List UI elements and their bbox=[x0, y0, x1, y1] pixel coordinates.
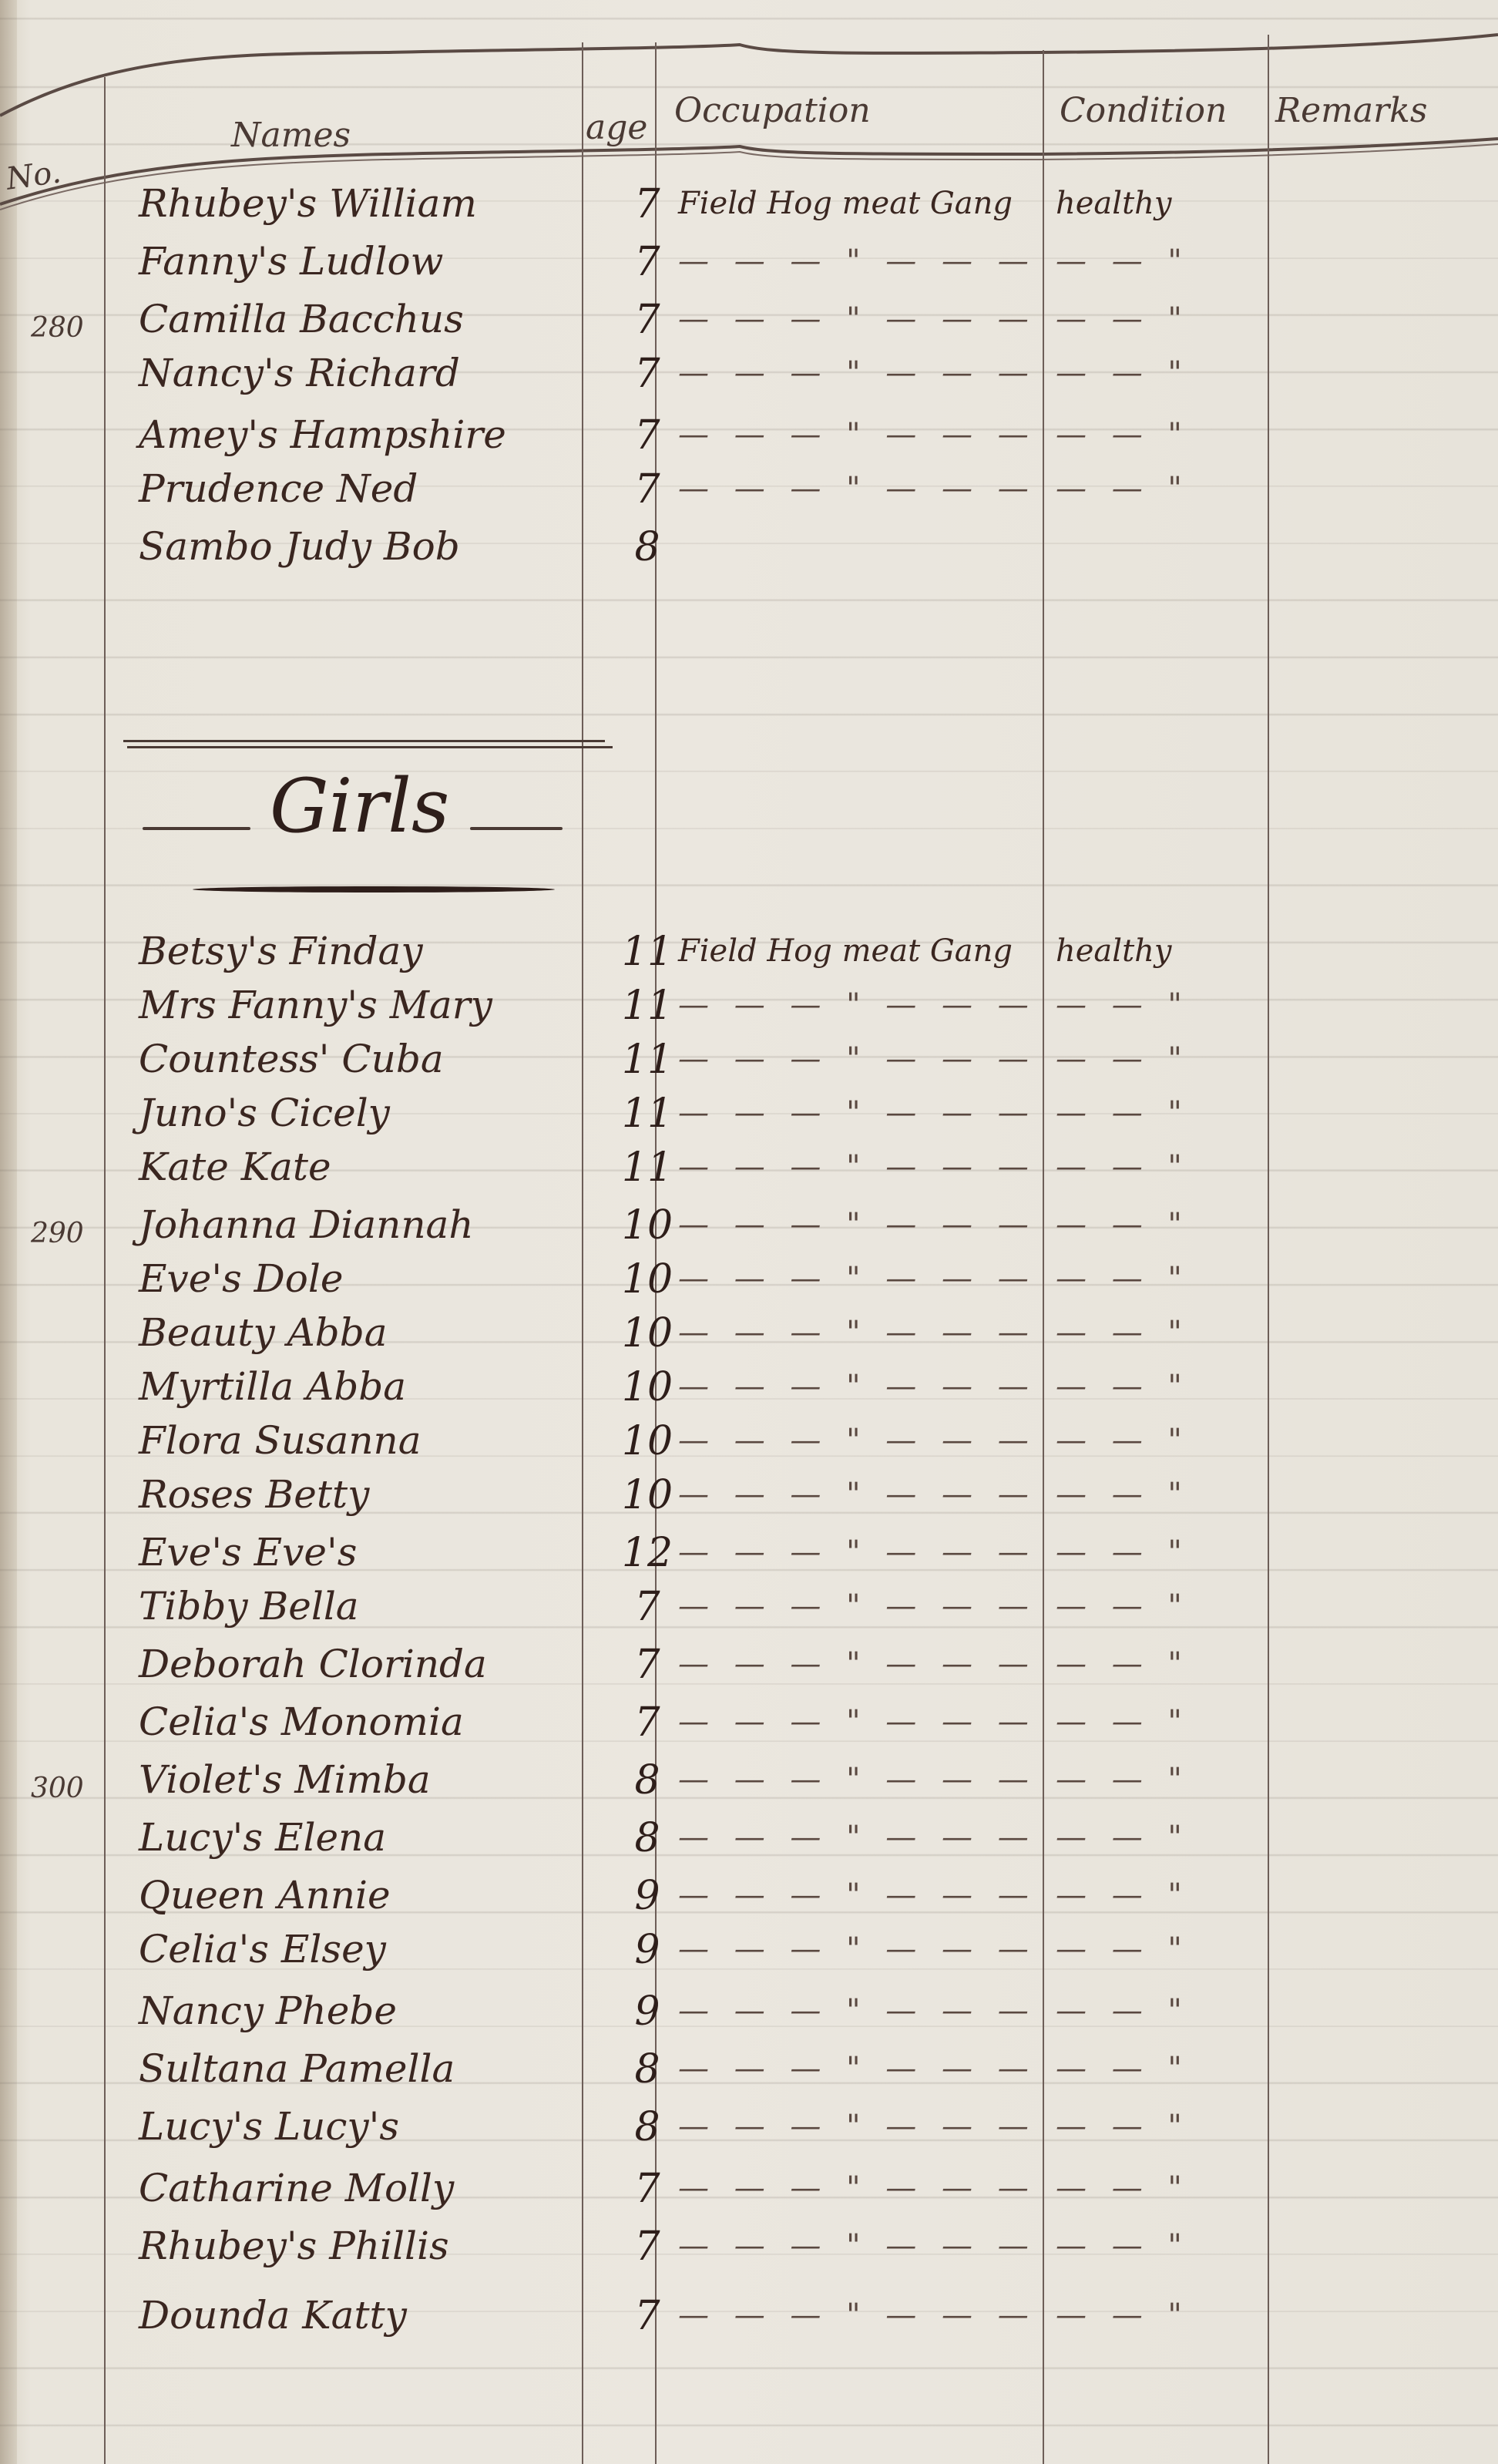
section-title-girls: Girls bbox=[270, 763, 449, 849]
entry-name: Nancy's Richard bbox=[139, 351, 601, 395]
entry-condition: — — " bbox=[1056, 355, 1287, 391]
table-row: Rhubey's Phillis 7 — — — " — — — — — " bbox=[0, 2224, 1498, 2279]
entry-occupation: — — — " — — — bbox=[678, 1315, 1040, 1350]
table-row: 290 Johanna Diannah 10 — — — " — — — — —… bbox=[0, 1202, 1498, 1258]
entry-occupation: Field Hog meat Gang bbox=[678, 186, 1040, 221]
entry-name: Camilla Bacchus bbox=[139, 297, 601, 341]
entry-condition: — — " bbox=[1056, 2170, 1287, 2206]
entry-occupation: — — — " — — — bbox=[678, 1588, 1040, 1624]
table-row: Beauty Abba 10 — — — " — — — — — " bbox=[0, 1310, 1498, 1366]
entry-name: Juno's Cicely bbox=[139, 1091, 601, 1135]
entry-age: 9 bbox=[616, 1927, 678, 1973]
row-number: 290 bbox=[31, 1218, 84, 1249]
section-divider bbox=[123, 740, 605, 742]
entry-occupation: — — — " — — — bbox=[678, 1646, 1040, 1682]
entry-condition: — — " bbox=[1056, 1095, 1287, 1131]
entry-name: Rhubey's William bbox=[139, 181, 601, 226]
table-row: Juno's Cicely 11 — — — " — — — — — " bbox=[0, 1091, 1498, 1146]
table-row: Catharine Molly 7 — — — " — — — — — " bbox=[0, 2166, 1498, 2221]
entry-age: 8 bbox=[616, 1757, 678, 1803]
entry-occupation: — — — " — — — bbox=[678, 355, 1040, 391]
title-flourish-left bbox=[143, 827, 250, 830]
entry-condition: — — " bbox=[1056, 301, 1287, 337]
entry-name: Myrtilla Abba bbox=[139, 1364, 601, 1409]
entry-name: Lucy's Elena bbox=[139, 1815, 601, 1860]
table-row: Nancy's Richard 7 — — — " — — — — — " bbox=[0, 351, 1498, 406]
row-number: 300 bbox=[31, 1773, 84, 1804]
table-row: Lucy's Elena 8 — — — " — — — — — " bbox=[0, 1815, 1498, 1871]
table-row: Eve's Eve's 12 — — — " — — — — — " bbox=[0, 1530, 1498, 1585]
entry-name: Deborah Clorinda bbox=[139, 1642, 601, 1686]
entry-occupation: — — — " — — — bbox=[678, 1931, 1040, 1967]
table-row: 280 Camilla Bacchus 7 — — — " — — — — — … bbox=[0, 297, 1498, 352]
entry-name: Johanna Diannah bbox=[139, 1202, 601, 1247]
entry-occupation: — — — " — — — bbox=[678, 2109, 1040, 2144]
entry-condition: healthy bbox=[1056, 933, 1287, 969]
header-remarks: Remarks bbox=[1275, 91, 1427, 130]
entry-occupation: — — — " — — — bbox=[678, 1149, 1040, 1185]
entry-condition: — — " bbox=[1056, 1762, 1287, 1797]
entry-age: 7 bbox=[616, 2224, 678, 2270]
entry-name: Prudence Ned bbox=[139, 466, 601, 511]
table-row: Flora Susanna 10 — — — " — — — — — " bbox=[0, 1418, 1498, 1474]
entry-condition: — — " bbox=[1056, 1477, 1287, 1512]
entry-age: 10 bbox=[616, 1418, 678, 1464]
entry-age: 12 bbox=[616, 1530, 678, 1576]
table-row: Eve's Dole 10 — — — " — — — — — " bbox=[0, 1256, 1498, 1312]
header-age: age bbox=[586, 108, 647, 147]
entry-occupation: — — — " — — — bbox=[678, 1207, 1040, 1242]
entry-condition: — — " bbox=[1056, 1993, 1287, 2029]
entry-name: Nancy Phebe bbox=[139, 1988, 601, 2033]
entry-age: 10 bbox=[616, 1364, 678, 1410]
entry-condition: — — " bbox=[1056, 471, 1287, 506]
entry-condition: — — " bbox=[1056, 1877, 1287, 1913]
table-row: Sambo Judy Bob 8 bbox=[0, 524, 1498, 580]
entry-name: Celia's Elsey bbox=[139, 1927, 601, 1972]
entry-condition: — — " bbox=[1056, 1149, 1287, 1185]
entry-condition: — — " bbox=[1056, 1535, 1287, 1570]
entry-name: Tibby Bella bbox=[139, 1584, 601, 1629]
entry-name: Countess' Cuba bbox=[139, 1037, 601, 1081]
section-divider bbox=[127, 746, 613, 748]
entry-name: Betsy's Finday bbox=[139, 929, 601, 973]
entry-name: Flora Susanna bbox=[139, 1418, 601, 1463]
entry-name: Celia's Monomia bbox=[139, 1699, 601, 1744]
entry-condition: — — " bbox=[1056, 1820, 1287, 1855]
entry-age: 8 bbox=[616, 1815, 678, 1861]
entry-occupation: — — — " — — — bbox=[678, 471, 1040, 506]
entry-name: Kate Kate bbox=[139, 1145, 601, 1189]
entry-age: 11 bbox=[616, 1037, 678, 1083]
entry-age: 11 bbox=[616, 983, 678, 1029]
entry-age: 10 bbox=[616, 1310, 678, 1356]
entry-age: 7 bbox=[616, 239, 678, 285]
entry-condition: — — " bbox=[1056, 1423, 1287, 1458]
header-occupation: Occupation bbox=[674, 91, 871, 130]
entry-occupation: — — — " — — — bbox=[678, 301, 1040, 337]
table-row: Betsy's Finday 11 Field Hog meat Gang he… bbox=[0, 929, 1498, 984]
entry-condition: — — " bbox=[1056, 417, 1287, 452]
entry-age: 7 bbox=[616, 1699, 678, 1746]
entry-condition: — — " bbox=[1056, 1261, 1287, 1296]
entry-occupation: — — — " — — — bbox=[678, 2298, 1040, 2333]
entry-condition: — — " bbox=[1056, 2298, 1287, 2333]
entry-name: Eve's Dole bbox=[139, 1256, 601, 1301]
entry-name: Catharine Molly bbox=[139, 2166, 601, 2210]
entry-age: 8 bbox=[616, 2046, 678, 2093]
table-row: Mrs Fanny's Mary 11 — — — " — — — — — " bbox=[0, 983, 1498, 1038]
entry-occupation: — — — " — — — bbox=[678, 1993, 1040, 2029]
entry-age: 9 bbox=[616, 1873, 678, 1919]
entry-name: Sambo Judy Bob bbox=[139, 524, 601, 569]
entry-occupation: — — — " — — — bbox=[678, 1535, 1040, 1570]
entry-occupation: Field Hog meat Gang bbox=[678, 933, 1040, 969]
entry-age: 7 bbox=[616, 412, 678, 459]
entry-condition: — — " bbox=[1056, 244, 1287, 279]
entry-name: Eve's Eve's bbox=[139, 1530, 601, 1575]
entry-age: 7 bbox=[616, 2293, 678, 2339]
entry-age: 10 bbox=[616, 1202, 678, 1249]
entry-name: Fanny's Ludlow bbox=[139, 239, 601, 284]
entry-occupation: — — — " — — — bbox=[678, 417, 1040, 452]
entry-name: Sultana Pamella bbox=[139, 2046, 601, 2091]
entry-occupation: — — — " — — — bbox=[678, 1477, 1040, 1512]
table-row: 300 Violet's Mimba 8 — — — " — — — — — " bbox=[0, 1757, 1498, 1813]
entry-age: 8 bbox=[616, 2104, 678, 2150]
entry-condition: — — " bbox=[1056, 1646, 1287, 1682]
entry-name: Amey's Hampshire bbox=[139, 412, 601, 457]
entry-condition: — — " bbox=[1056, 2109, 1287, 2144]
entry-name: Violet's Mimba bbox=[139, 1757, 601, 1802]
table-row: Countess' Cuba 11 — — — " — — — — — " bbox=[0, 1037, 1498, 1092]
entry-name: Lucy's Lucy's bbox=[139, 2104, 601, 2149]
entry-name: Roses Betty bbox=[139, 1472, 601, 1517]
table-row: Tibby Bella 7 — — — " — — — — — " bbox=[0, 1584, 1498, 1639]
table-row: Roses Betty 10 — — — " — — — — — " bbox=[0, 1472, 1498, 1528]
header-names: Names bbox=[231, 116, 351, 155]
entry-age: 7 bbox=[616, 1584, 678, 1630]
entry-age: 7 bbox=[616, 181, 678, 227]
table-row: Nancy Phebe 9 — — — " — — — — — " bbox=[0, 1988, 1498, 2044]
table-row: Amey's Hampshire 7 — — — " — — — — — " bbox=[0, 412, 1498, 468]
entry-name: Beauty Abba bbox=[139, 1310, 601, 1355]
table-row: Celia's Elsey 9 — — — " — — — — — " bbox=[0, 1927, 1498, 1982]
ledger-page: No. Names age Occupation Condition Remar… bbox=[0, 0, 1498, 2464]
title-flourish-right bbox=[470, 827, 563, 830]
entry-condition: — — " bbox=[1056, 1207, 1287, 1242]
entry-age: 10 bbox=[616, 1256, 678, 1303]
table-row: Kate Kate 11 — — — " — — — — — " bbox=[0, 1145, 1498, 1200]
entry-age: 7 bbox=[616, 351, 678, 397]
entry-occupation: — — — " — — — bbox=[678, 1704, 1040, 1740]
entry-name: Mrs Fanny's Mary bbox=[139, 983, 601, 1027]
entry-occupation: — — — " — — — bbox=[678, 1095, 1040, 1131]
entry-occupation: — — — " — — — bbox=[678, 2170, 1040, 2206]
table-row: Prudence Ned 7 — — — " — — — — — " bbox=[0, 466, 1498, 522]
entry-condition: healthy bbox=[1056, 186, 1287, 221]
entry-age: 7 bbox=[616, 1642, 678, 1688]
entry-occupation: — — — " — — — bbox=[678, 1820, 1040, 1855]
entry-occupation: — — — " — — — bbox=[678, 1877, 1040, 1913]
entry-name: Dounda Katty bbox=[139, 2293, 601, 2338]
entry-occupation: — — — " — — — bbox=[678, 987, 1040, 1023]
entry-age: 11 bbox=[616, 929, 678, 975]
entry-age: 9 bbox=[616, 1988, 678, 2035]
title-underline bbox=[193, 886, 555, 892]
entry-occupation: — — — " — — — bbox=[678, 2051, 1040, 2086]
entry-condition: — — " bbox=[1056, 987, 1287, 1023]
entry-condition: — — " bbox=[1056, 1588, 1287, 1624]
entry-age: 7 bbox=[616, 2166, 678, 2212]
entry-occupation: — — — " — — — bbox=[678, 244, 1040, 279]
row-number: 280 bbox=[31, 312, 84, 344]
entry-condition: — — " bbox=[1056, 2051, 1287, 2086]
entry-occupation: — — — " — — — bbox=[678, 1762, 1040, 1797]
entry-name: Rhubey's Phillis bbox=[139, 2224, 601, 2268]
table-row: Celia's Monomia 7 — — — " — — — — — " bbox=[0, 1699, 1498, 1755]
entry-condition: — — " bbox=[1056, 1369, 1287, 1404]
entry-name: Queen Annie bbox=[139, 1873, 601, 1918]
entry-condition: — — " bbox=[1056, 1704, 1287, 1740]
entry-occupation: — — — " — — — bbox=[678, 1041, 1040, 1077]
entry-occupation: — — — " — — — bbox=[678, 1369, 1040, 1404]
entry-condition: — — " bbox=[1056, 1315, 1287, 1350]
table-row: Fanny's Ludlow 7 — — — " — — — — — " bbox=[0, 239, 1498, 294]
table-row: Queen Annie 9 — — — " — — — — — " bbox=[0, 1873, 1498, 1928]
table-row: Lucy's Lucy's 8 — — — " — — — — — " bbox=[0, 2104, 1498, 2160]
table-row: Myrtilla Abba 10 — — — " — — — — — " bbox=[0, 1364, 1498, 1420]
entry-age: 10 bbox=[616, 1472, 678, 1518]
header-condition: Condition bbox=[1060, 91, 1227, 130]
entry-condition: — — " bbox=[1056, 2228, 1287, 2264]
entry-age: 11 bbox=[616, 1091, 678, 1137]
entry-age: 11 bbox=[616, 1145, 678, 1191]
entry-condition: — — " bbox=[1056, 1931, 1287, 1967]
table-row: Deborah Clorinda 7 — — — " — — — — — " bbox=[0, 1642, 1498, 1697]
entry-condition: — — " bbox=[1056, 1041, 1287, 1077]
entry-occupation: — — — " — — — bbox=[678, 2228, 1040, 2264]
table-row: Sultana Pamella 8 — — — " — — — — — " bbox=[0, 2046, 1498, 2102]
table-row: Dounda Katty 7 — — — " — — — — — " bbox=[0, 2293, 1498, 2348]
entry-age: 8 bbox=[616, 524, 678, 570]
table-row: Rhubey's William 7 Field Hog meat Gang h… bbox=[0, 181, 1498, 237]
entry-age: 7 bbox=[616, 466, 678, 513]
entry-occupation: — — — " — — — bbox=[678, 1261, 1040, 1296]
entry-occupation: — — — " — — — bbox=[678, 1423, 1040, 1458]
entry-age: 7 bbox=[616, 297, 678, 343]
